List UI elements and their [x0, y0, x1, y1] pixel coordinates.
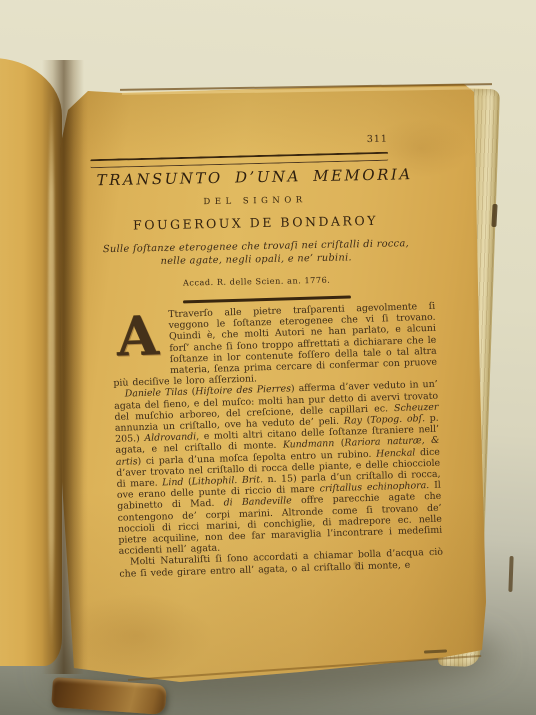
facing-page-curl: e a z :: [0, 58, 62, 666]
section-separator-rule: [183, 295, 351, 303]
paragraph-1: ATtraverſo alle pietre traſparenti agevo…: [111, 301, 437, 390]
printed-content: 311 TRANSUNTO D’UNA MEMORIA DEL SIGNOR F…: [95, 79, 438, 687]
body-text: ATtraverſo alle pietre traſparenti agevo…: [111, 301, 443, 580]
argument-line-2: nelle agate, negli opali, e ne’ rubini.: [98, 251, 414, 268]
page-number: 311: [367, 134, 388, 145]
drop-cap-initial: A: [111, 312, 165, 368]
memoir-title: TRANSUNTO D’UNA MEMORIA: [96, 165, 412, 189]
author-name: FOUGEROUX DE BONDAROY: [97, 212, 413, 233]
chapter-heading: TRANSUNTO D’UNA MEMORIA DEL SIGNOR FOUGE…: [96, 165, 414, 289]
book-page: 311 TRANSUNTO D’UNA MEMORIA DEL SIGNOR F…: [58, 82, 490, 684]
argument-line-1: Sulle ſoſtanze eterogenee che trovaſi ne…: [98, 238, 414, 255]
header-double-rule: [90, 152, 388, 169]
paragraph-3: Molti Naturaliſti ſi ſono accordati a ch…: [119, 547, 444, 580]
signor-line: DEL SIGNOR: [97, 193, 413, 209]
paragraph-2: Daniele Tilas (Hiſtoire des Pierres) aff…: [114, 379, 443, 557]
book-photo-scene: e a z : 311 TRANSUNTO D’UNA MEMORIA DEL …: [0, 0, 536, 715]
paragraph-1-text: Ttraverſo alle pietre traſparenti agevol…: [113, 301, 437, 389]
academy-reference: Accad. R. delle Scien. an. 1776.: [99, 273, 415, 289]
